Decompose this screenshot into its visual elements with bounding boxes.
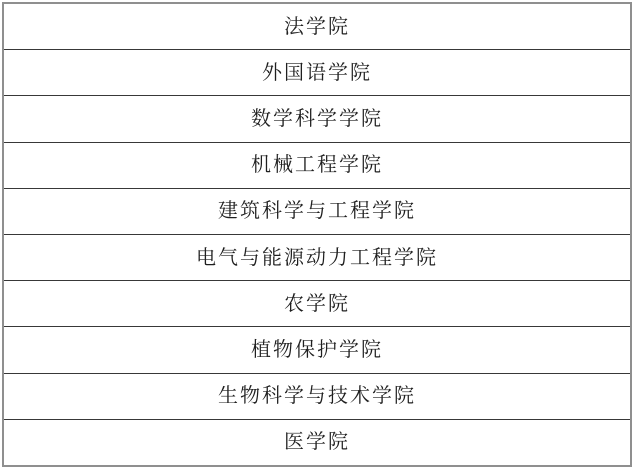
college-name: 植物保护学院 bbox=[251, 340, 383, 360]
table-row: 植物保护学院 bbox=[4, 326, 630, 372]
college-name: 数学科学学院 bbox=[251, 109, 383, 129]
table-row: 农学院 bbox=[4, 280, 630, 326]
table-row: 数学科学学院 bbox=[4, 95, 630, 141]
college-name: 医学院 bbox=[284, 432, 350, 452]
college-name: 机械工程学院 bbox=[251, 155, 383, 175]
table-row: 医学院 bbox=[4, 419, 630, 465]
college-name: 电气与能源动力工程学院 bbox=[196, 248, 438, 268]
table-row: 电气与能源动力工程学院 bbox=[4, 234, 630, 280]
table-row: 生物科学与技术学院 bbox=[4, 373, 630, 419]
table-row: 法学院 bbox=[4, 4, 630, 49]
college-name: 生物科学与技术学院 bbox=[218, 386, 416, 406]
college-name: 法学院 bbox=[284, 17, 350, 37]
college-name: 外国语学院 bbox=[262, 63, 372, 83]
table-row: 机械工程学院 bbox=[4, 142, 630, 188]
college-table: 法学院 外国语学院 数学科学学院 机械工程学院 建筑科学与工程学院 电气与能源动… bbox=[2, 2, 632, 467]
college-name: 建筑科学与工程学院 bbox=[218, 201, 416, 221]
table-row: 建筑科学与工程学院 bbox=[4, 188, 630, 234]
college-name: 农学院 bbox=[284, 294, 350, 314]
table-row: 外国语学院 bbox=[4, 49, 630, 95]
